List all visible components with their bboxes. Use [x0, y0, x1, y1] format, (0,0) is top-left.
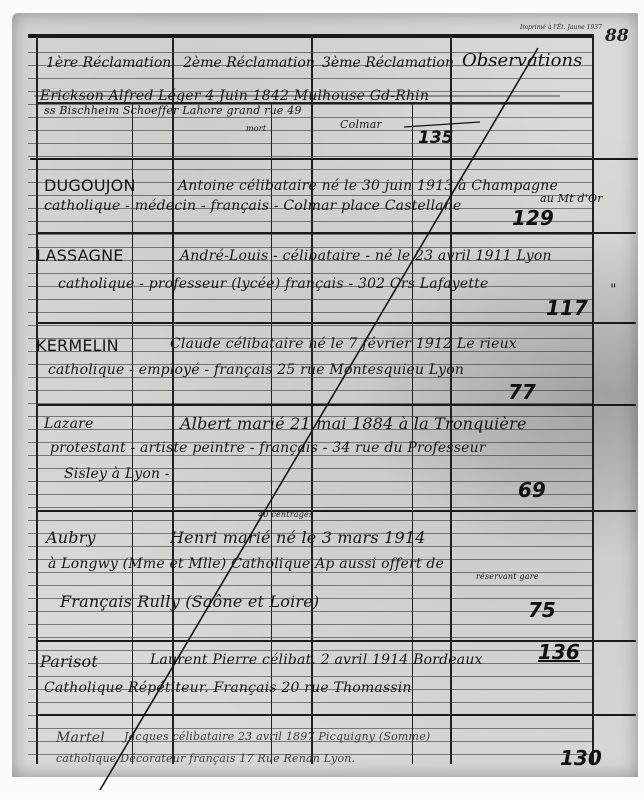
entry-name: Lazare	[44, 416, 94, 432]
entry-note: mort	[246, 124, 266, 133]
entry-line: réservant gare	[476, 572, 539, 581]
entry-line: à Longwy (Mme et Mlle) Catholique Ap aus…	[48, 556, 444, 572]
entry-line: Sisley à Lyon -	[64, 466, 170, 482]
entry-line: Antoine célibataire né le 30 juin 1913 à…	[178, 178, 558, 194]
column-header-2: 2ème Réclamation	[183, 55, 315, 71]
entry-separator	[36, 232, 636, 234]
entry-line: Jacques célibataire 23 avril 1897 Picqui…	[124, 730, 430, 743]
page-number: 88	[605, 26, 629, 46]
printer-note: Imprimé à l'Ét. Jaune 1937	[520, 24, 602, 31]
entry-line: ss Bischheim Schoeffer Lahore grand rue …	[44, 104, 302, 117]
entry-separator	[30, 158, 638, 160]
entry-line: catholique - professeur (lycée) français…	[58, 276, 488, 292]
entry-separator	[36, 714, 636, 716]
entry-name: Aubry	[46, 528, 96, 547]
entry-number: 135	[418, 128, 454, 148]
entry-line: Albert marié 21 mai 1884 à la Tronquière	[180, 414, 527, 433]
entry-name: KERMELIN	[36, 336, 119, 355]
column-header-observations: Observations	[462, 50, 582, 71]
entry-line: catholique - employé - français 25 rue M…	[48, 362, 464, 378]
entry-separator	[36, 322, 636, 324]
entry-line: Henri marié né le 3 mars 1914	[170, 528, 426, 547]
entry-name: LASSAGNE	[36, 246, 124, 265]
entry-number: 136	[538, 640, 580, 664]
entry-number: 130	[560, 746, 602, 770]
column-header-3: 3ème Réclamation	[322, 55, 454, 71]
top-rule	[28, 34, 592, 38]
entry-line: Claude célibataire né le 7 février 1912 …	[170, 336, 517, 352]
entry-separator	[36, 510, 636, 512]
column-header-1: 1ère Réclamation	[46, 55, 171, 71]
entry-name: Parisot	[40, 652, 98, 671]
entry-line: Français Rully (Saône et Loire)	[60, 592, 319, 611]
margin-line	[36, 34, 38, 764]
entry-name: DUGOUJON	[44, 176, 136, 195]
entry-line: protestant - artiste peintre - français …	[50, 440, 486, 456]
entry-separator	[36, 404, 636, 406]
entry-number: 117	[546, 296, 588, 320]
entry-number: 75	[528, 598, 556, 622]
entry-line: Erickson Alfred Léger 4 Juin 1842 Mulhou…	[40, 88, 429, 104]
right-border	[592, 34, 594, 764]
entry-line: Colmar	[340, 118, 382, 131]
entry-aside: "	[610, 282, 617, 298]
entry-number: 69	[518, 478, 546, 502]
entry-line: Laurent Pierre célibat. 2 avril 1914 Bor…	[150, 652, 483, 668]
entry-line: catholique Décorateur français 17 Rue Re…	[56, 752, 355, 765]
entry-name: Martel	[56, 730, 105, 746]
entry-line: catholique - médecin - français - Colmar…	[44, 198, 462, 214]
entry-line: Catholique Répétiteur. Français 20 rue T…	[44, 680, 412, 696]
entry-number: 77	[508, 380, 536, 404]
entry-superscript: 40 centrages	[258, 510, 313, 519]
entry-line: André-Louis - célibataire - né le 23 avr…	[180, 248, 552, 264]
entry-number: 129	[512, 206, 554, 230]
entry-aside: au Mt d'Or	[540, 192, 603, 205]
